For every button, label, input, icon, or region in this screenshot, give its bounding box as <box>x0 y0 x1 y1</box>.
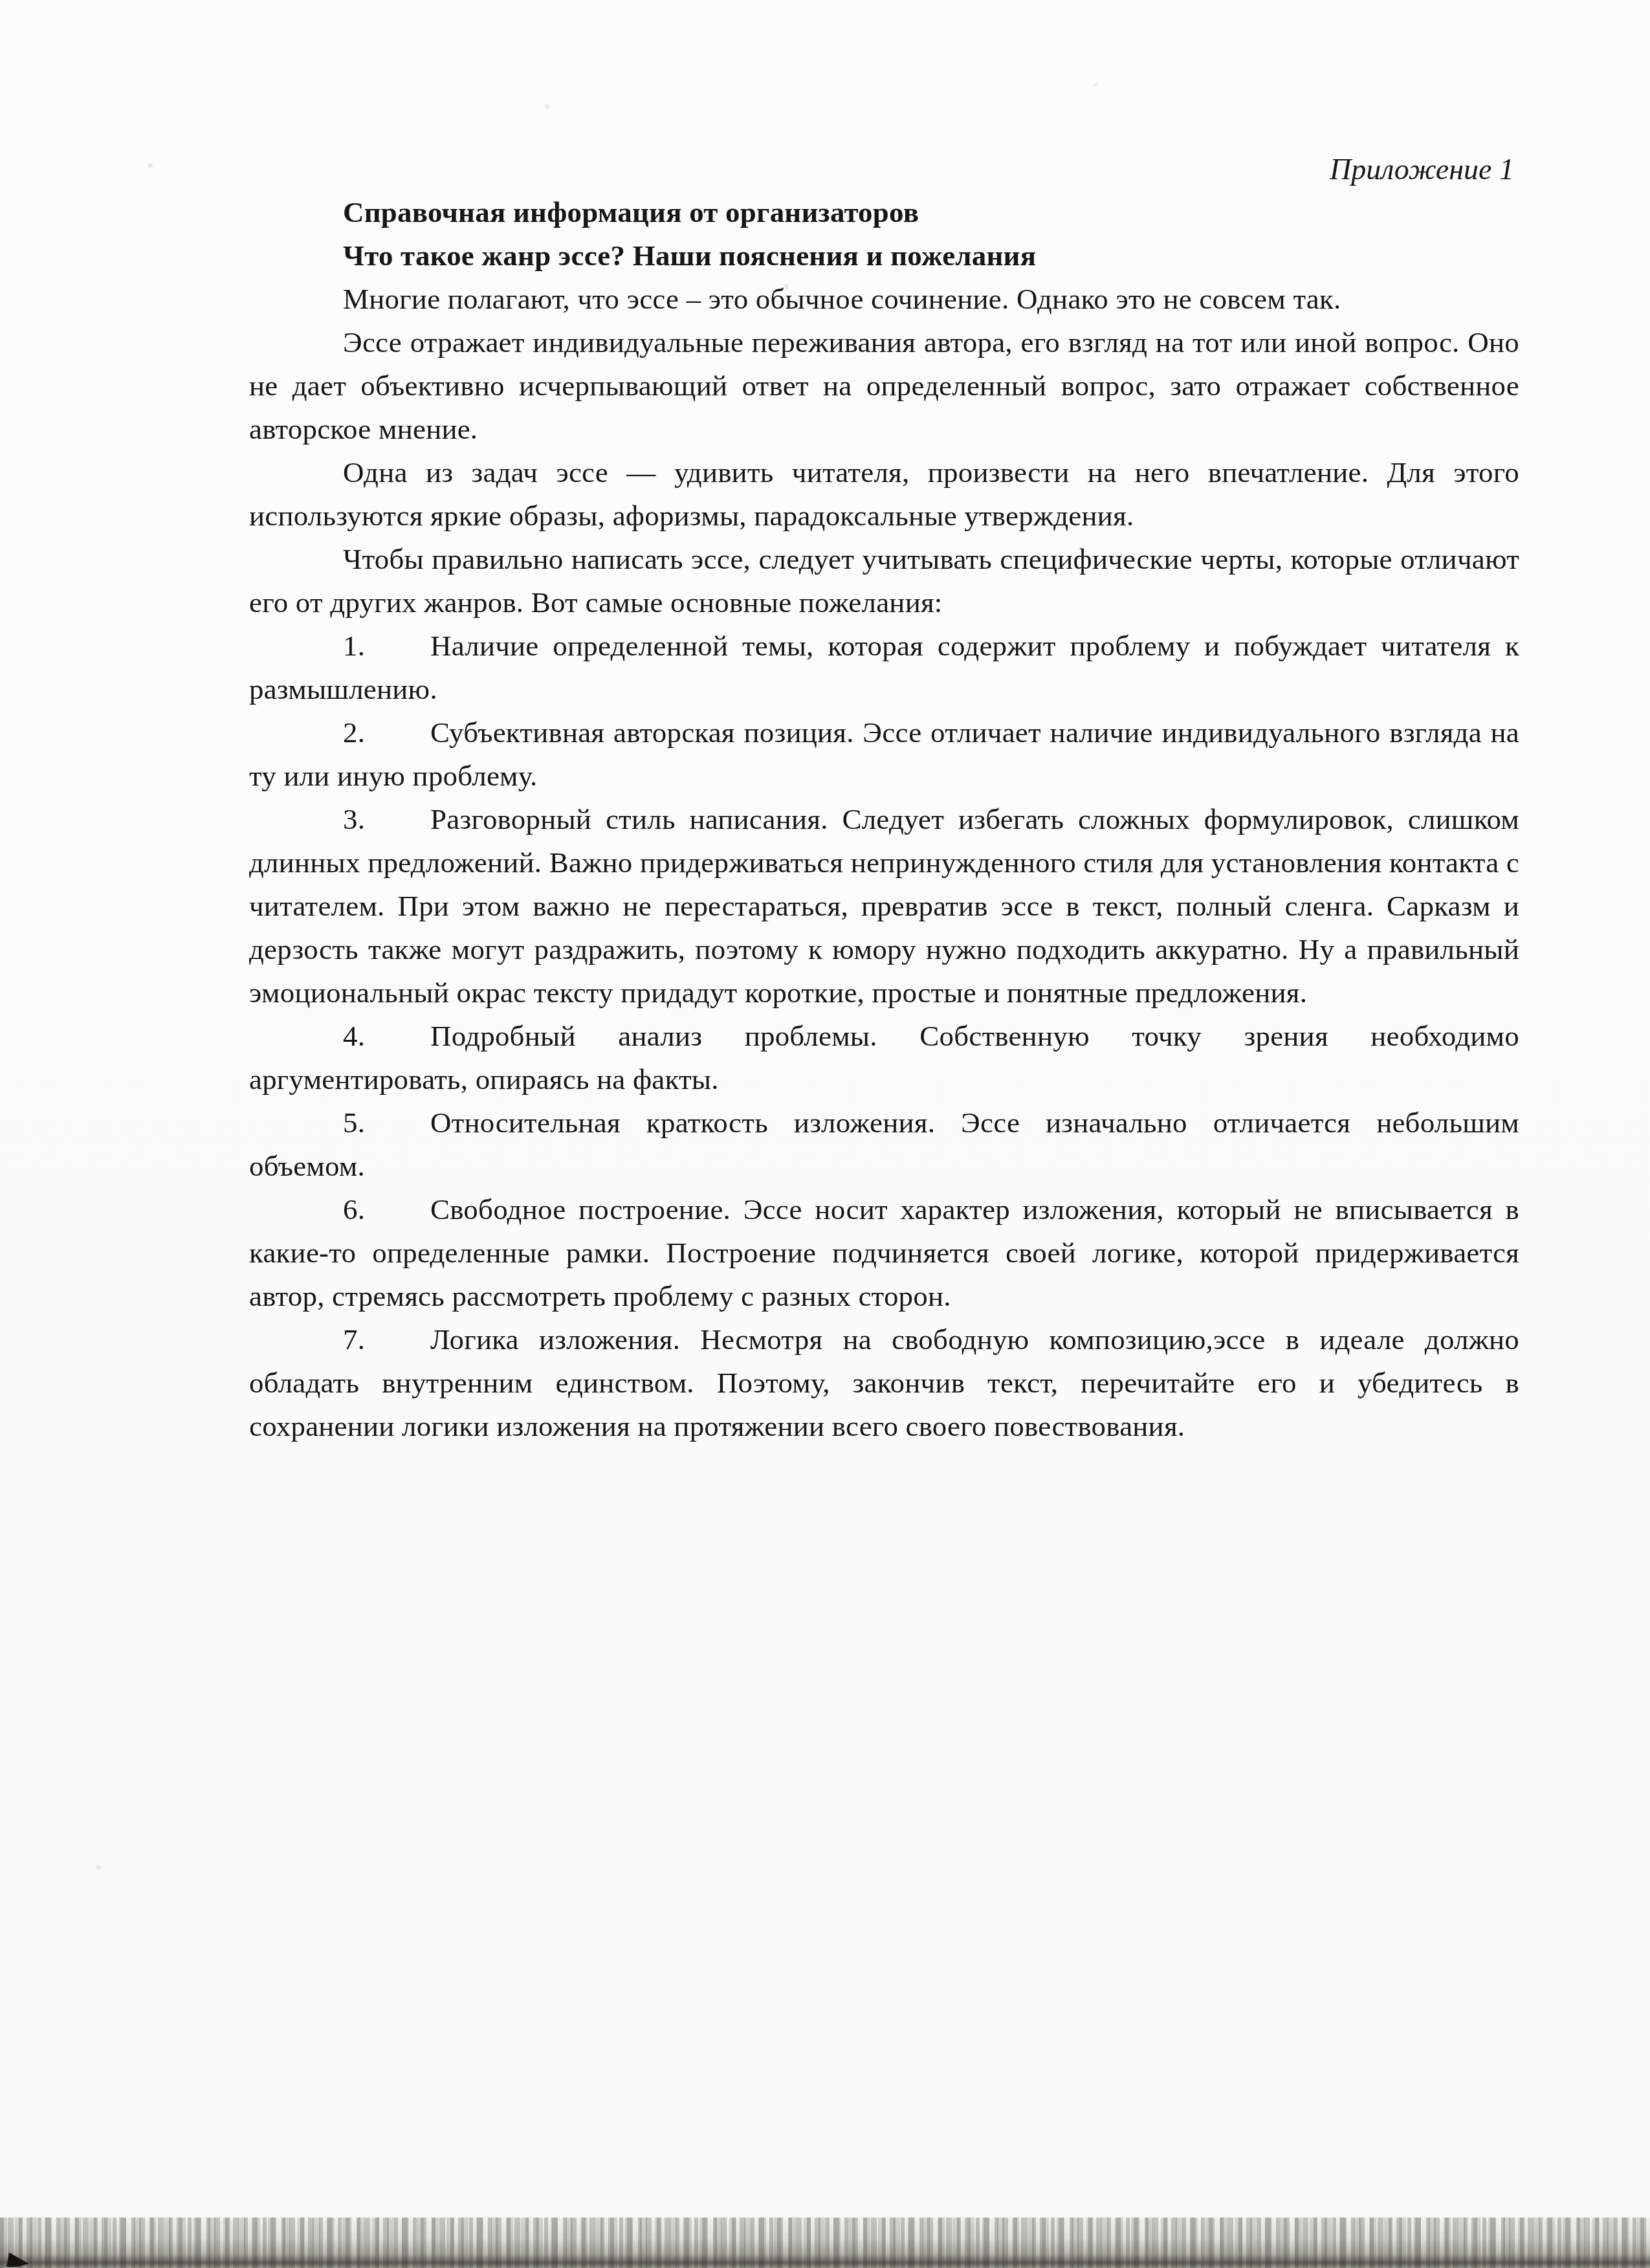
scan-speck <box>148 163 153 168</box>
intro-paragraph-4: Чтобы правильно написать эссе, следует у… <box>249 538 1519 624</box>
appendix-label: Приложение 1 <box>249 148 1519 191</box>
list-item-3-number: 3. <box>343 798 430 841</box>
document-text-block: Приложение 1 Справочная информация от ор… <box>249 148 1519 1448</box>
list-item-5-number: 5. <box>343 1101 430 1145</box>
scan-speck <box>545 104 549 109</box>
list-item-5: 5.Относительная краткость изложения. Эсс… <box>249 1101 1519 1188</box>
list-item-7-number: 7. <box>343 1318 430 1361</box>
list-item-2: 2.Субъективная авторская позиция. Эссе о… <box>249 711 1519 798</box>
list-item-6: 6.Свободное построение. Эссе носит харак… <box>249 1188 1519 1318</box>
list-item-4-number: 4. <box>343 1015 430 1058</box>
list-item-6-text: Свободное построение. Эссе носит характе… <box>249 1193 1519 1312</box>
list-item-1: 1.Наличие определенной темы, которая сод… <box>249 624 1519 711</box>
list-item-5-text: Относительная краткость изложения. Эссе … <box>249 1106 1519 1182</box>
list-item-4-text: Подробный анализ проблемы. Собственную т… <box>249 1020 1519 1095</box>
list-item-7: 7.Логика изложения. Несмотря на свободну… <box>249 1318 1519 1448</box>
document-subtitle: Что такое жанр эссе? Наши пояснения и по… <box>249 234 1519 278</box>
list-item-1-text: Наличие определенной темы, которая содер… <box>249 630 1519 705</box>
scan-edge-artifact <box>0 2218 1650 2268</box>
intro-paragraph-3: Одна из задач эссе — удивить читателя, п… <box>249 451 1519 538</box>
list-item-3: 3.Разговорный стиль написания. Следует и… <box>249 798 1519 1015</box>
intro-paragraph-2: Эссе отражает индивидуальные переживания… <box>249 321 1519 451</box>
list-item-4: 4.Подробный анализ проблемы. Собственную… <box>249 1015 1519 1101</box>
scan-speck <box>96 1865 102 1870</box>
list-item-7-text: Логика изложения. Несмотря на свободную … <box>249 1323 1519 1442</box>
list-item-2-number: 2. <box>343 711 430 754</box>
list-item-6-number: 6. <box>343 1188 430 1231</box>
scan-speck <box>1094 83 1097 87</box>
document-title: Справочная информация от организаторов <box>249 191 1519 234</box>
list-item-3-text: Разговорный стиль написания. Следует изб… <box>249 803 1519 1009</box>
list-item-1-number: 1. <box>343 624 430 668</box>
list-item-2-text: Субъективная авторская позиция. Эссе отл… <box>249 716 1519 792</box>
scanned-document-page: Приложение 1 Справочная информация от ор… <box>0 0 1650 2268</box>
intro-paragraph-1: Многие полагают, что эссе – это обычное … <box>249 278 1519 321</box>
scan-speck <box>784 283 789 290</box>
